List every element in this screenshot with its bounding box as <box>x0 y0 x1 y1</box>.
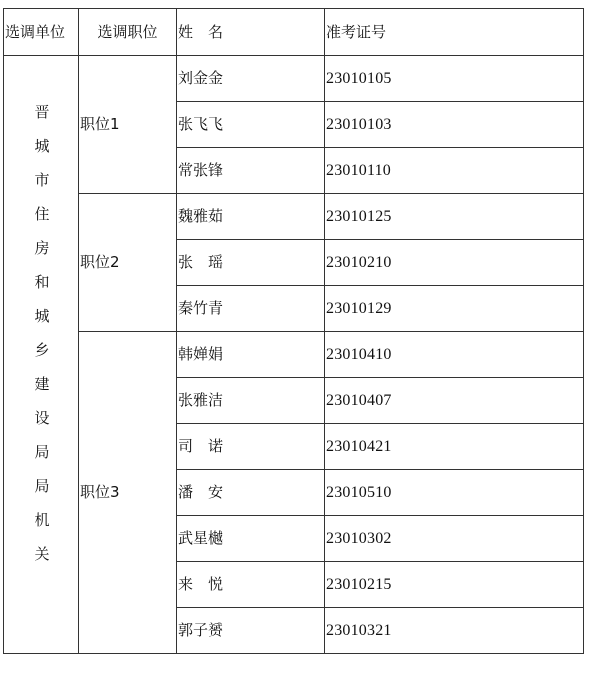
header-exam-id: 准考证号 <box>325 9 584 56</box>
name-cell: 常张锋 <box>177 148 325 194</box>
exam-id-cell: 23010215 <box>325 562 584 608</box>
name-cell: 张 瑶 <box>177 240 325 286</box>
name-cell: 郭子赟 <box>177 608 325 654</box>
position-cell: 职位2 <box>79 194 177 332</box>
unit-cell: 晋城市住房和城乡建设局局机关 <box>4 56 79 654</box>
exam-id-cell: 23010103 <box>325 102 584 148</box>
exam-id-cell: 23010410 <box>325 332 584 378</box>
table-row: 职位3 韩婵娟 23010410 <box>4 332 584 378</box>
candidate-table: 选调单位 选调职位 姓 名 准考证号 晋城市住房和城乡建设局局机关 职位1 刘金… <box>3 8 584 654</box>
header-row: 选调单位 选调职位 姓 名 准考证号 <box>4 9 584 56</box>
name-cell: 秦竹青 <box>177 286 325 332</box>
name-cell: 韩婵娟 <box>177 332 325 378</box>
name-cell: 司 诺 <box>177 424 325 470</box>
exam-id-cell: 23010129 <box>325 286 584 332</box>
exam-id-cell: 23010105 <box>325 56 584 102</box>
exam-id-cell: 23010407 <box>325 378 584 424</box>
exam-id-cell: 23010510 <box>325 470 584 516</box>
exam-id-cell: 23010302 <box>325 516 584 562</box>
exam-id-cell: 23010321 <box>325 608 584 654</box>
name-cell: 张雅洁 <box>177 378 325 424</box>
exam-id-cell: 23010110 <box>325 148 584 194</box>
name-cell: 武星樾 <box>177 516 325 562</box>
name-cell: 来 悦 <box>177 562 325 608</box>
table-row: 晋城市住房和城乡建设局局机关 职位1 刘金金 23010105 <box>4 56 584 102</box>
name-cell: 张飞飞 <box>177 102 325 148</box>
table-row: 职位2 魏雅茹 23010125 <box>4 194 584 240</box>
position-cell: 职位3 <box>79 332 177 654</box>
exam-id-cell: 23010125 <box>325 194 584 240</box>
unit-name: 晋城市住房和城乡建设局局机关 <box>34 104 49 580</box>
header-name: 姓 名 <box>177 9 325 56</box>
name-cell: 刘金金 <box>177 56 325 102</box>
position-cell: 职位1 <box>79 56 177 194</box>
exam-id-cell: 23010210 <box>325 240 584 286</box>
name-cell: 魏雅茹 <box>177 194 325 240</box>
exam-id-cell: 23010421 <box>325 424 584 470</box>
header-unit: 选调单位 <box>4 9 79 56</box>
header-position: 选调职位 <box>79 9 177 56</box>
name-cell: 潘 安 <box>177 470 325 516</box>
